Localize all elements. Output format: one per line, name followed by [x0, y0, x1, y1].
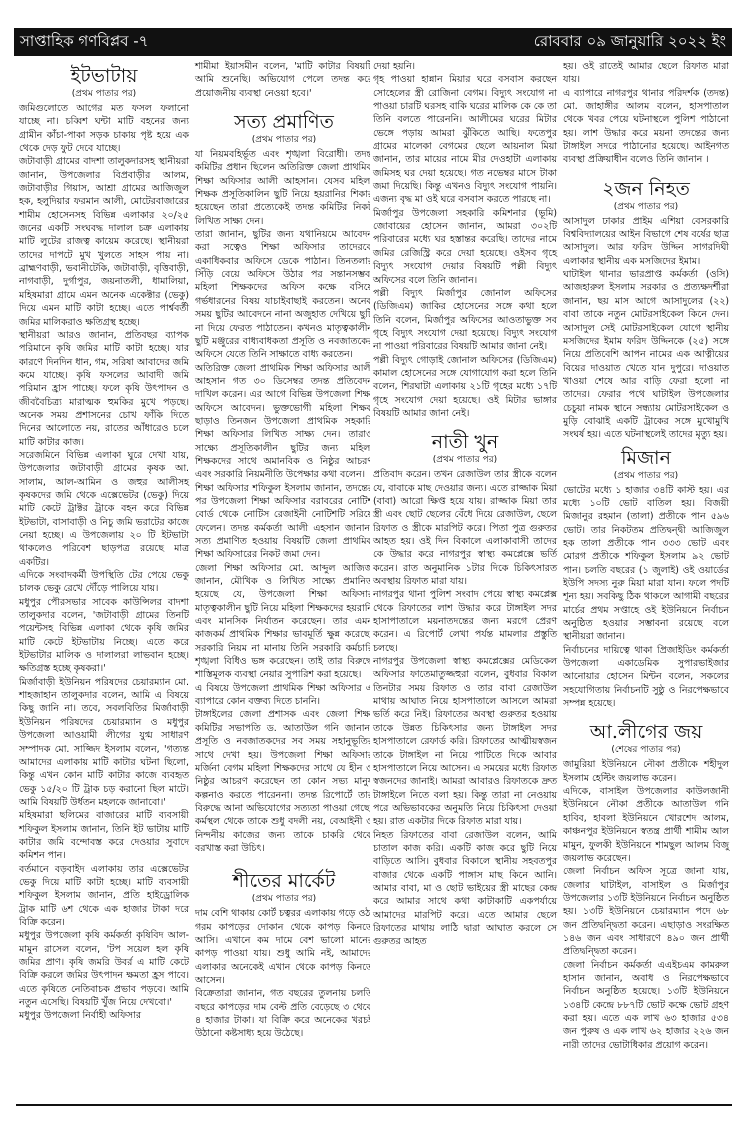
headline-itbhata: ইটভাটায় — [19, 64, 189, 88]
paragraph: এদিকে সংবাদকর্মী উপস্থিতি টের পেয়ে ভেকু… — [19, 569, 189, 596]
paragraph: ঘাটাইল থানার ভারপ্রাপ্ত কর্মকর্তা (ওসি) … — [563, 268, 729, 441]
paragraph: এদিকে, বাসাইল উপজেলার কাউলজানী ইউনিয়নে … — [563, 785, 729, 865]
paragraph: মধুপুর উপজেলা নির্বাহী অফিসার — [19, 1009, 189, 1022]
column-4-visible: দেয়া হয়নি। গৃহ পাওয়া হান্নান মিয়ার ঘ… — [370, 60, 560, 1104]
headline-nati-khun: নাতী খুন — [373, 430, 557, 454]
masthead-bar: সাপ্তাহিক গণবিপ্লব -৭ রোববার ০৯ জানুয়ার… — [14, 28, 732, 56]
article-itbhata: ইটভাটায় (প্রথম পাতার পর) জমিগুলোতে আগের… — [19, 64, 189, 1023]
paragraph: সরেজমিনে বিভিন্ন এলাকা ঘুরে দেখা যায়, উ… — [19, 449, 189, 569]
paragraph: হয়। ওই রাতেই আমার ছেলে রিফাত মারা যায়। — [563, 60, 729, 87]
article-nati-khun-visible: নাতী খুন (প্রথম পাতার পর) প্রতিবাদ করেন।… — [373, 430, 557, 948]
paragraph: মহিষমারা ছলিমের বাজারের মাটি ব্যবসায়ী শ… — [19, 809, 189, 862]
paragraph: জমিগুলোতে আগের মত ফসল ফলানো যাচ্ছে না। চ… — [19, 102, 189, 155]
headline-dui-jon-nihoto: ২জন নিহত — [563, 177, 729, 201]
paragraph: ভোটের মধ্যে ১ হাজার ৩৪টি কাস্ট হয়। এর ম… — [563, 484, 729, 644]
column-5: হয়। ওই রাতেই আমার ছেলে রিফাত মারা যায়।… — [560, 60, 732, 1104]
paragraph: জেলা নির্বাচন কর্মকর্তা এএইচএম কামরুল হা… — [563, 959, 729, 1052]
continued-label: (প্রথম পাতার পর) — [373, 454, 557, 467]
paragraph: এ ব্যাপারে নাগরপুর থানার পরিদর্শক (তদন্ত… — [563, 87, 729, 167]
headline-aliger-joy: আ.লীগের জয় — [563, 720, 729, 744]
paragraph: জেলা নির্বাচন অফিস সূত্রে জানা যায়, জেল… — [563, 865, 729, 958]
paragraph: নির্বাচনের দায়িত্বে থাকা প্রিজাইডিং কর্… — [563, 644, 729, 711]
paragraph: জটাবাড়ী গ্রামের বাদশা তালুকদারসহ স্থানী… — [19, 155, 189, 328]
article-mizan: মিজান (প্রথম পাতার পর) ভোটের মধ্যে ১ হাজ… — [563, 446, 729, 711]
paragraph: দেয়া হয়নি। — [373, 60, 557, 73]
paragraph: মির্জাবাড়ী ইউনিয়ন পরিষদের চেয়ারম্যান … — [19, 676, 189, 809]
paragraph: প্রতিবাদ করেন। তখন রেজাউল তার স্ত্রীকে ব… — [373, 468, 557, 588]
article-aliger-joy: আ.লীগের জয় (শেষের পাতার পর) জামুরিয়া ই… — [563, 720, 729, 1052]
paragraph: আসাদুল ঢাকার প্রাইম এশিয়া বেসরকারি বিশ্… — [563, 215, 729, 268]
bottom-rule — [16, 1104, 732, 1106]
paragraph: পল্লী বিদ্যুৎ গোড়াই জোনাল অফিসের (ডিজিএ… — [373, 354, 557, 421]
paragraph: নাগরপুর উপজেলা স্বাস্থ্য কমপ্লেক্সের মেড… — [373, 655, 557, 828]
column-1: ইটভাটায় (প্রথম পাতার পর) জমিগুলোতে আগের… — [16, 60, 192, 1104]
paragraph: নাগরপুর থানা পুলিশ সংবাদ পেয়ে স্বাস্থ্য… — [373, 588, 557, 655]
headline-mizan: মিজান — [563, 446, 729, 470]
paragraph: মধুপুর উপজেলা কৃষি কর্মকর্তা কৃষিবিদ আল-… — [19, 929, 189, 1009]
paragraph: জামুরিয়া ইউনিয়নে নৌকা প্রতীকে শহীদুল ই… — [563, 758, 729, 785]
article-dui-jon-nihoto: ২জন নিহত (প্রথম পাতার পর) আসাদুল ঢাকার প… — [563, 177, 729, 442]
continued-label: (প্রথম পাতার পর) — [563, 470, 729, 483]
paragraph: স্থানীয়রা আরও জানান, প্রতিবছর ব্যাপক পর… — [19, 329, 189, 449]
paragraph: গৃহ পাওয়া হান্নান মিয়ার ঘরে বসবাস করছে… — [373, 73, 557, 206]
column-3-visible — [188, 60, 370, 1104]
continued-label: (প্রথম পাতার পর) — [563, 201, 729, 214]
continued-label: (প্রথম পাতার পর) — [19, 88, 189, 101]
paragraph: মধুপুর পৌরসভার সাবেক কাউন্সিলর বাদশা তাল… — [19, 596, 189, 676]
paragraph: মির্জাপুর উপজেলা সহকারি কমিশনার (ভূমি) জ… — [373, 207, 557, 287]
paper-name: সাপ্তাহিক গণবিপ্লব -৭ — [20, 30, 148, 55]
paragraph: পল্লী বিদ্যুৎ মির্জাপুর জোনাল অফিসের (ডি… — [373, 287, 557, 354]
paragraph: নিহত রিফাতের বাবা রেজাউল বলেন, আমি চাতাল… — [373, 829, 557, 949]
continued-label: (শেষের পাতার পর) — [563, 744, 729, 757]
issue-date: রোববার ০৯ জানুয়ারি ২০২২ ইং — [534, 30, 726, 55]
paragraph: বর্তমানে বড়বাইদ এলাকায় তার এক্সেভেটর ভ… — [19, 863, 189, 930]
